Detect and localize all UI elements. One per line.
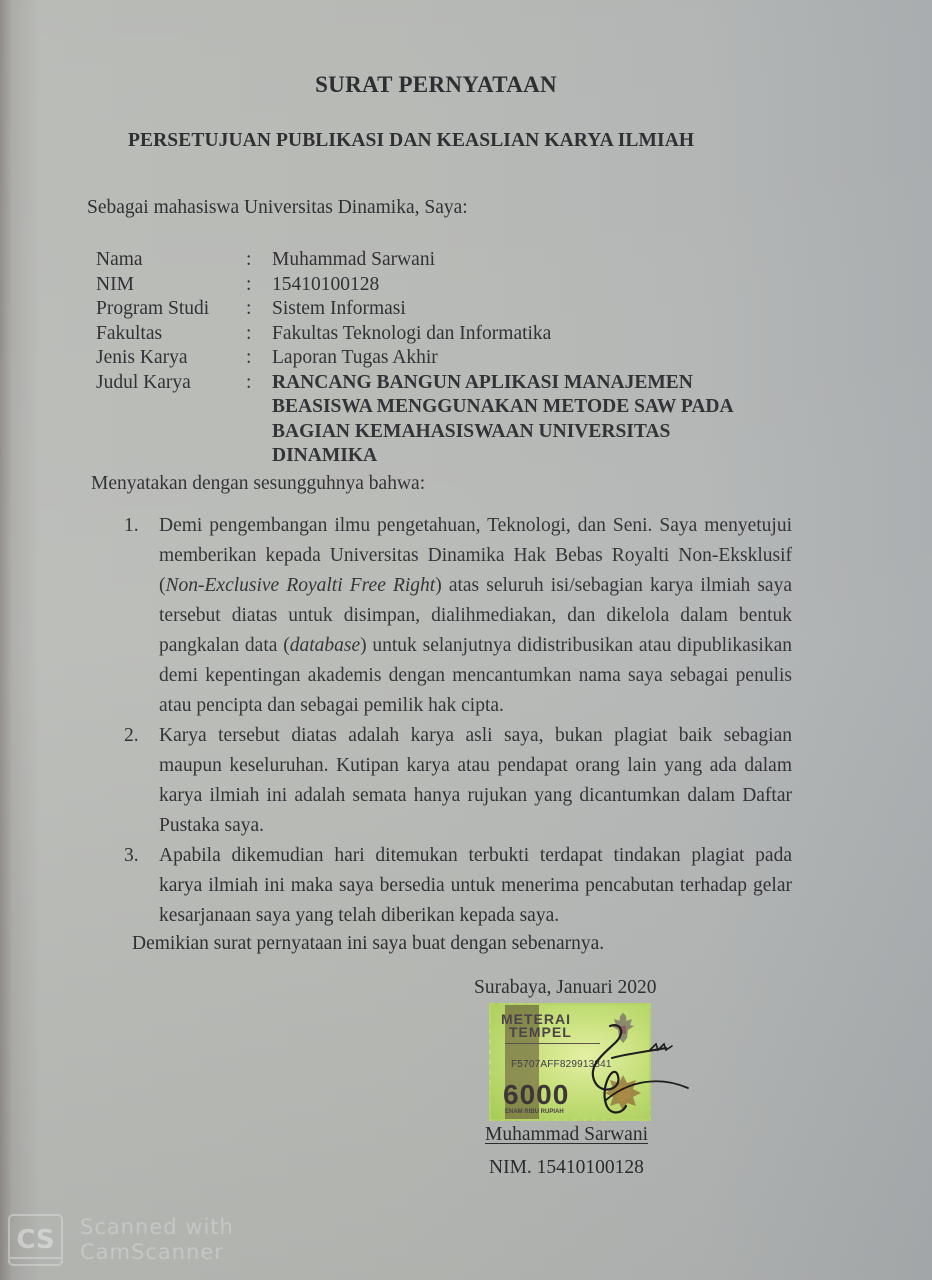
- text-segment: Apabila dikemudian hari ditemukan terbuk…: [159, 845, 792, 926]
- item-number: 2.: [124, 721, 159, 841]
- stamp-caption: ENAM RIBU RUPIAH: [505, 1109, 564, 1115]
- watermark-line2: CamScanner: [80, 1240, 234, 1265]
- item-text: Karya tersebut diatas adalah karya asli …: [159, 721, 792, 841]
- text-segment: Karya tersebut diatas adalah karya asli …: [159, 725, 792, 836]
- info-value: Sistem Informasi: [272, 297, 792, 322]
- info-value: 15410100128: [272, 273, 792, 298]
- duty-stamp: METERAI TEMPEL F5707AFF829913841 6000 EN…: [489, 1003, 651, 1121]
- info-label: Jenis Karya: [96, 346, 246, 371]
- watermark-line1: Scanned with: [80, 1215, 234, 1240]
- italic-term: database: [290, 635, 360, 656]
- stamp-value: 6000: [503, 1081, 569, 1109]
- stamp-divider: [505, 1043, 600, 1044]
- info-value: Laporan Tugas Akhir: [272, 346, 792, 371]
- stamp-serial: F5707AFF829913841: [511, 1059, 612, 1070]
- watermark-text: Scanned with CamScanner: [80, 1215, 234, 1265]
- thesis-title: RANCANG BANGUN APLIKASI MANAJEMEN BEASIS…: [272, 371, 777, 469]
- closing-statement: Demikian surat pernyataan ini saya buat …: [132, 933, 604, 955]
- info-row-program-studi: Program Studi : Sistem Informasi: [96, 297, 792, 322]
- info-value: Muhammad Sarwani: [272, 248, 792, 273]
- info-colon: :: [246, 346, 272, 371]
- info-label: Program Studi: [96, 297, 246, 322]
- info-colon: :: [246, 371, 272, 469]
- italic-term: Non-Exclusive Royalti Free Right: [166, 575, 436, 596]
- info-row-fakultas: Fakultas : Fakultas Teknologi dan Inform…: [96, 322, 792, 347]
- info-label: Judul Karya: [96, 371, 246, 469]
- declaration-list: 1. Demi pengembangan ilmu pengetahuan, T…: [124, 511, 792, 931]
- info-label: Nama: [96, 248, 246, 273]
- info-value: Fakultas Teknologi dan Informatika: [272, 322, 792, 347]
- document-page: SURAT PERNYATAAN PERSETUJUAN PUBLIKASI D…: [0, 0, 932, 1280]
- item-text: Apabila dikemudian hari ditemukan terbuk…: [159, 841, 792, 931]
- item-number: 3.: [124, 841, 159, 931]
- info-colon: :: [246, 248, 272, 273]
- signer-name: Muhammad Sarwani: [485, 1124, 648, 1146]
- document-subtitle: PERSETUJUAN PUBLIKASI DAN KEASLIAN KARYA…: [128, 130, 694, 152]
- item-number: 1.: [124, 511, 159, 721]
- camscanner-logo-icon: CS: [8, 1214, 63, 1266]
- document-title: SURAT PERNYATAAN: [0, 72, 872, 98]
- garuda-emblem-icon: [609, 1011, 637, 1045]
- student-info-table: Nama : Muhammad Sarwani NIM : 1541010012…: [96, 248, 792, 469]
- stamp-title: METERAI TEMPEL: [501, 1013, 572, 1039]
- stamp-title-line2: TEMPEL: [509, 1026, 572, 1039]
- declaration-item: 3. Apabila dikemudian hari ditemukan ter…: [124, 841, 792, 931]
- stamp-seal-icon: [603, 1073, 643, 1113]
- declaration-item: 2. Karya tersebut diatas adalah karya as…: [124, 721, 792, 841]
- place-date: Surabaya, Januari 2020: [474, 977, 657, 999]
- item-text: Demi pengembangan ilmu pengetahuan, Tekn…: [159, 511, 792, 721]
- info-label: NIM: [96, 273, 246, 298]
- signer-nim: NIM. 15410100128: [489, 1157, 644, 1179]
- info-row-jenis-karya: Jenis Karya : Laporan Tugas Akhir: [96, 346, 792, 371]
- info-label: Fakultas: [96, 322, 246, 347]
- info-row-nim: NIM : 15410100128: [96, 273, 792, 298]
- info-colon: :: [246, 322, 272, 347]
- info-colon: :: [246, 273, 272, 298]
- info-colon: :: [246, 297, 272, 322]
- declaration-item: 1. Demi pengembangan ilmu pengetahuan, T…: [124, 511, 792, 721]
- camscanner-watermark: CS Scanned with CamScanner: [8, 1214, 234, 1266]
- declaration-intro: Menyatakan dengan sesungguhnya bahwa:: [91, 473, 425, 495]
- info-row-nama: Nama : Muhammad Sarwani: [96, 248, 792, 273]
- intro-text: Sebagai mahasiswa Universitas Dinamika, …: [87, 197, 468, 219]
- info-row-judul-karya: Judul Karya : RANCANG BANGUN APLIKASI MA…: [96, 371, 792, 469]
